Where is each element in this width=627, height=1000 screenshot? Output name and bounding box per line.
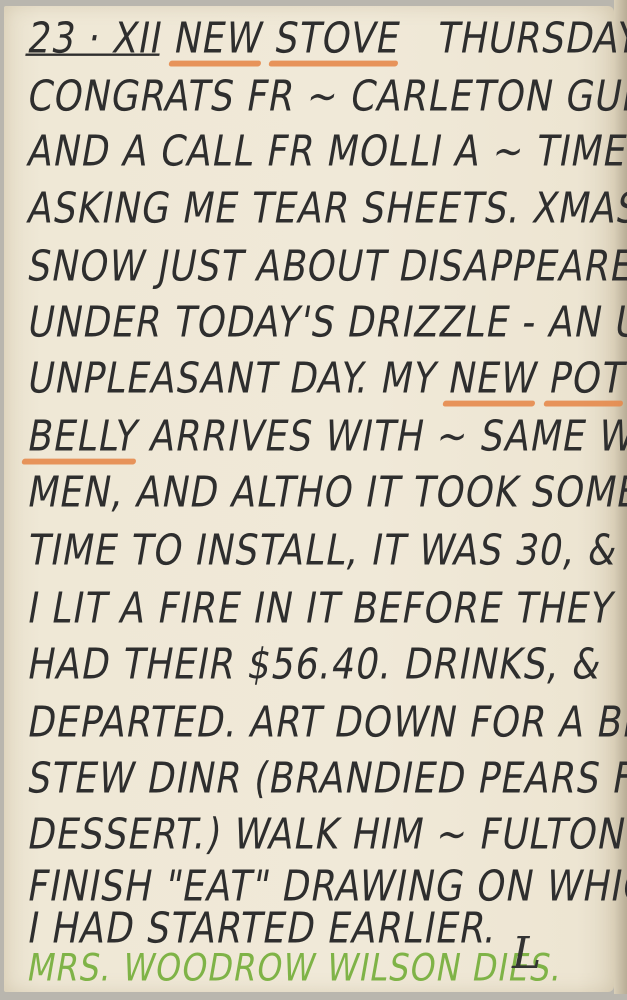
entry-line-6-text: UNPLEASANT DAY. MY	[24, 355, 441, 403]
highlight-belly: BELLY	[24, 413, 142, 461]
signature-mark: L	[512, 928, 541, 979]
entry-line-9: TIME TO INSTALL, IT WAS 30, &	[24, 527, 622, 575]
entry-line-4: SNOW JUST ABOUT DISAPPEARED	[24, 243, 627, 291]
entry-line-5: UNDER TODAY'S DRIZZLE - AN UGLY	[24, 299, 627, 347]
entry-line-7: BELLY ARRIVES WITH ~ SAME WORK-	[24, 413, 627, 461]
highlight-new: NEW	[445, 355, 542, 403]
entry-header: 23 · XII NEW STOVE THURSDAY	[24, 15, 627, 63]
entry-line-6: UNPLEASANT DAY. MY NEW POT	[24, 355, 627, 403]
entry-date: 23 · XII	[24, 15, 167, 63]
title-new: NEW	[171, 15, 268, 63]
entry-line-3: ASKING ME TEAR SHEETS. XMAS'	[24, 185, 627, 233]
title-stove: STOVE	[271, 15, 404, 63]
entry-line-13: STEW DINR (BRANDIED PEARS FOR	[24, 755, 627, 803]
entry-line-12: DEPARTED. ART DOWN FOR A BEEF	[24, 699, 627, 747]
entry-line-8: MEN, AND ALTHO IT TOOK SOME-	[24, 469, 627, 517]
entry-line-7-text: ARRIVES WITH ~ SAME WORK-	[146, 413, 627, 461]
entry-line-14: DESSERT.) WALK HIM ~ FULTON.	[24, 811, 627, 859]
entry-line-10: I LIT A FIRE IN IT BEFORE THEY	[24, 585, 618, 633]
highlight-pot: POT	[546, 355, 627, 403]
entry-line-11: HAD THEIR $56.40. DRINKS, &	[24, 641, 606, 689]
news-headline: MRS. WOODROW WILSON DIES.	[24, 945, 567, 990]
entry-line-1: CONGRATS FR ~ CARLETON GUILD,	[24, 73, 627, 121]
entry-weekday: THURSDAY	[434, 15, 627, 63]
entry-line-2: AND A CALL FR MOLLI A ~ TIMES	[24, 128, 627, 176]
